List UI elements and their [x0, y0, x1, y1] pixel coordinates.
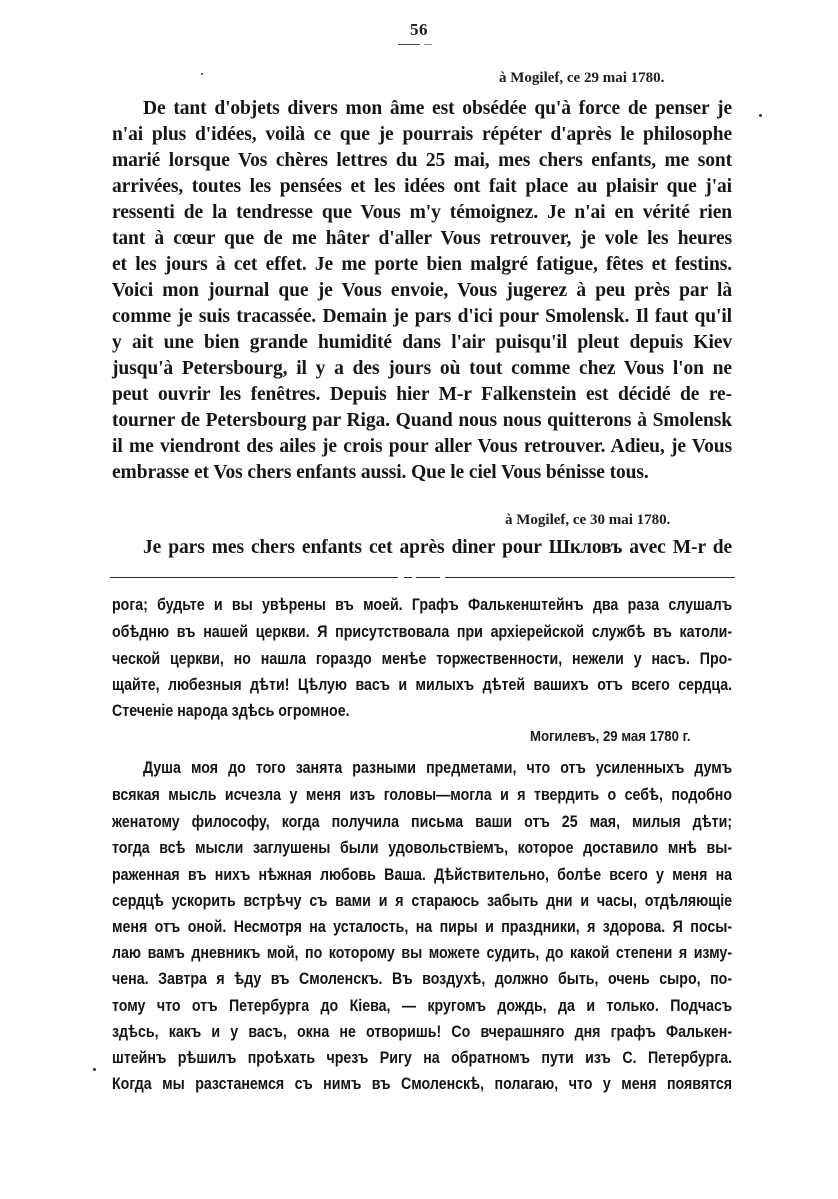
text-line: et les jours à cet effet. Je me porte bi…	[112, 253, 732, 277]
book-page: 56 à Mogilef, ce 29 mai 1780. De tant d'…	[0, 0, 838, 1199]
text-line: comme je suis tracassée. Demain je pars …	[112, 305, 732, 329]
text-line-ru: тогда всѣ мысли заглушены были удовольст…	[112, 837, 732, 859]
section-separator	[110, 577, 735, 578]
text-line: arrivées, toutes les pensées et les idée…	[112, 175, 732, 199]
page-number-rule	[398, 44, 420, 45]
letter-dateline-fr-2: à Mogilef, ce 30 mai 1780.	[505, 512, 670, 529]
text-line-ru: всякая мысль исчезла у меня изъ головы—м…	[112, 784, 732, 806]
text-line: peut ouvrir les fenêtres. Depuis hier M-…	[112, 383, 732, 407]
text-line-ru: лаю вамъ дневникъ мой, по которому вы мо…	[112, 942, 732, 964]
text-line-ru: здѣсь, какъ и у васъ, окна не отворишь! …	[112, 1021, 732, 1043]
text-line: n'ai plus d'idées, voilà ce que je pourr…	[112, 123, 732, 147]
text-line: tourner de Petersbourg par Riga. Quand n…	[112, 409, 732, 433]
text-line: Voici mon journal que je Vous envoie, Vo…	[112, 279, 732, 303]
text-line: tant à cœur que de me hâter d'aller Vous…	[112, 227, 732, 251]
text-line: Je pars mes chers enfants cet après dine…	[143, 536, 732, 560]
separator-scan-gap	[412, 576, 416, 579]
text-line: marié lorsque Vos chères lettres du 25 m…	[112, 149, 732, 173]
text-line: il me viendront des ailes je crois pour …	[112, 435, 732, 459]
page-number-rule-fragment	[424, 44, 432, 45]
letter-dateline-fr-1: à Mogilef, ce 29 mai 1780.	[499, 70, 664, 87]
text-line: De tant d'objets divers mon âme est obsé…	[143, 97, 732, 121]
text-line-ru: рога; будьте и вы увѣрены въ моей. Графъ…	[112, 594, 732, 616]
text-line-ru: щайте, любезныя дѣти! Цѣлую васъ и милых…	[112, 674, 732, 696]
scan-speck	[201, 73, 203, 75]
text-line-ru: сердцѣ ускорить встрѣчу съ вами и я стар…	[112, 890, 732, 912]
text-line-ru: тому что отъ Петербурга до Кіева, — круг…	[112, 995, 732, 1017]
text-line-ru: штейнъ рѣшилъ проѣхать чрезъ Ригу на обр…	[112, 1047, 732, 1069]
page-number: 56	[0, 20, 838, 40]
text-line: jusqu'à Petersbourg, il y a des jours où…	[112, 357, 732, 381]
text-line-ru: меня отъ оной. Несмотря на усталость, на…	[112, 916, 732, 938]
text-line: y ait une bien grande humidité dans l'ai…	[112, 331, 732, 355]
scan-speck	[759, 114, 762, 117]
text-line-ru: раженная въ нихъ нѣжная любовь Ваша. Дѣй…	[112, 864, 732, 886]
separator-scan-gap	[440, 576, 445, 579]
text-line-ru: обѣдню въ нашей церкви. Я присутствовала…	[112, 621, 732, 643]
text-line-ru: ческой церкви, но нашла гораздо менѣе то…	[112, 648, 732, 670]
text-line-ru: женатому философу, когда получила письма…	[112, 811, 732, 833]
text-line-ru: Стеченіе народа здѣсь огромное.	[112, 700, 732, 722]
text-line-ru: Когда мы разстанемся съ нимъ въ Смоленск…	[112, 1073, 732, 1095]
text-line-ru: Душа моя до того занята разными предмета…	[143, 757, 732, 779]
text-line-ru: чена. Завтра я ѣду въ Смоленскъ. Въ возд…	[112, 968, 732, 990]
letter-dateline-ru: Могилевъ, 29 мая 1780 г.	[530, 728, 691, 745]
text-line: ressenti de la tendresse que Vous m'y té…	[112, 201, 732, 225]
scan-speck	[93, 1068, 96, 1071]
text-line: embrasse et Vos chers enfants aussi. Que…	[112, 461, 732, 485]
separator-scan-gap	[398, 576, 404, 579]
